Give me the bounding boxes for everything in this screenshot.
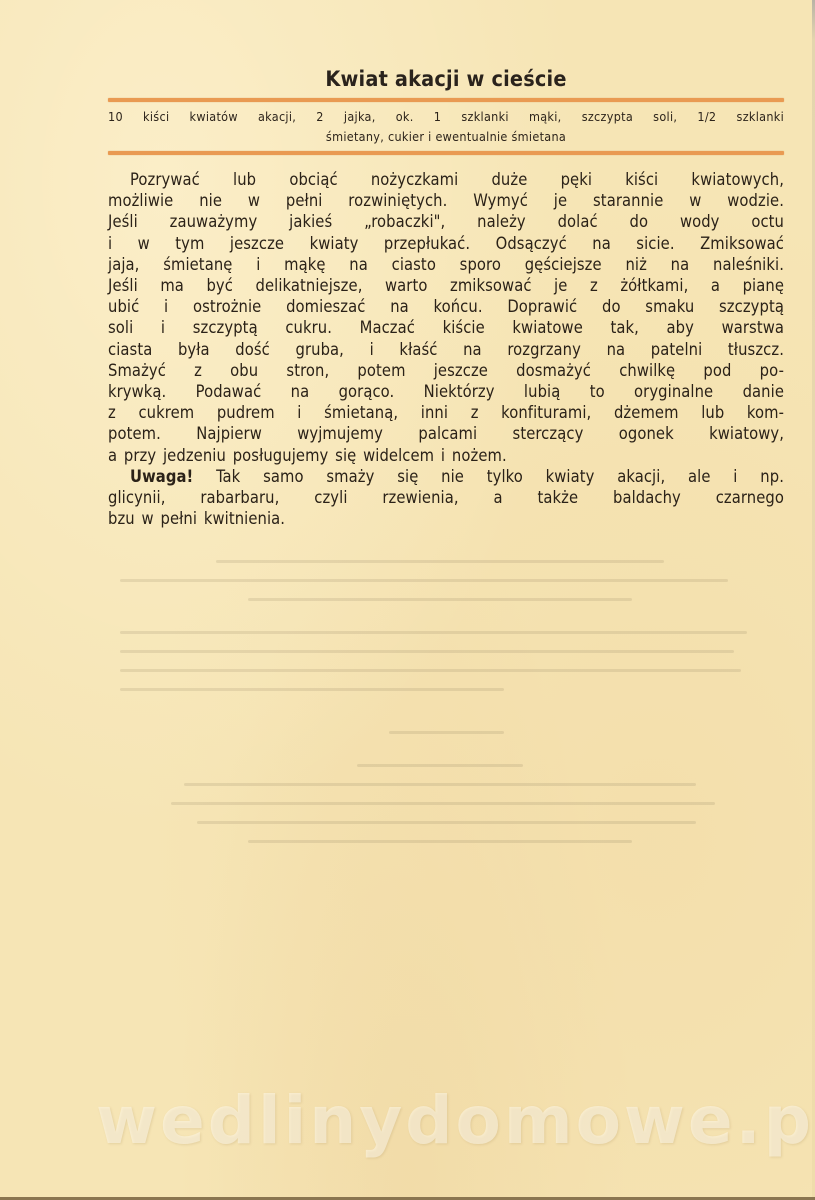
ingredients-list: 10 kiści kwiatów akacji, 2 jajka, ok. 1 … <box>108 102 784 151</box>
instruction-line: z cukrem pudrem i śmietaną, inni z konfi… <box>108 402 784 423</box>
instruction-line: a przy jedzeniu posługujemy się widelcem… <box>108 445 784 466</box>
instruction-line: Jeśli zauważymy jakieś „robaczki", należ… <box>108 211 784 232</box>
instruction-line: soli i szczyptą cukru. Maczać kiście kwi… <box>108 317 784 338</box>
instruction-line: potem. Najpierw wyjmujemy palcami stercz… <box>108 423 784 444</box>
instruction-line: krywką. Podawać na gorąco. Niektórzy lub… <box>108 381 784 402</box>
instruction-line: Pozrywać lub obciąć nożyczkami duże pęki… <box>108 169 784 190</box>
note-first-line: Uwaga! Tak samo smaży się nie tylko kwia… <box>108 466 784 487</box>
note-label: Uwaga! <box>130 467 193 486</box>
note-text: Tak samo smaży się nie tylko kwiaty akac… <box>193 467 784 486</box>
instruction-line: ciasta była dość gruba, i kłaść na rozgr… <box>108 339 784 360</box>
instruction-line: możliwie nie w pełni rozwiniętych. Wymyć… <box>108 190 784 211</box>
recipe-title: Kwiat akacji w cieście <box>135 62 757 96</box>
recipe: Kwiat akacji w cieście 10 kiści kwiatów … <box>108 62 784 529</box>
note-line: glicynii, rabarbaru, czyli rzewienia, a … <box>108 487 784 508</box>
ingredients-line: 10 kiści kwiatów akacji, 2 jajka, ok. 1 … <box>108 107 784 127</box>
ingredients-line: śmietany, cukier i ewentualnie śmietana <box>108 127 784 147</box>
instruction-line: ubić i ostrożnie domieszać na końcu. Dop… <box>108 296 784 317</box>
instruction-line: jaja, śmietanę i mąkę na ciasto sporo gę… <box>108 254 784 275</box>
bottom-orange-rule <box>108 151 784 155</box>
instruction-line: Smażyć z obu stron, potem jeszcze dosmaż… <box>108 360 784 381</box>
bleed-through-reverse-text <box>120 560 760 1000</box>
note-line: bzu w pełni kwitnienia. <box>108 508 784 529</box>
watermark: wedlinydomowe.pl <box>96 1082 736 1159</box>
instruction-line: Jeśli ma być delikatniejsze, warto zmiks… <box>108 275 784 296</box>
recipe-instructions: Pozrywać lub obciąć nożyczkami duże pęki… <box>108 169 784 529</box>
instruction-line: i w tym jeszcze kwiaty przepłukać. Odsąc… <box>108 233 784 254</box>
